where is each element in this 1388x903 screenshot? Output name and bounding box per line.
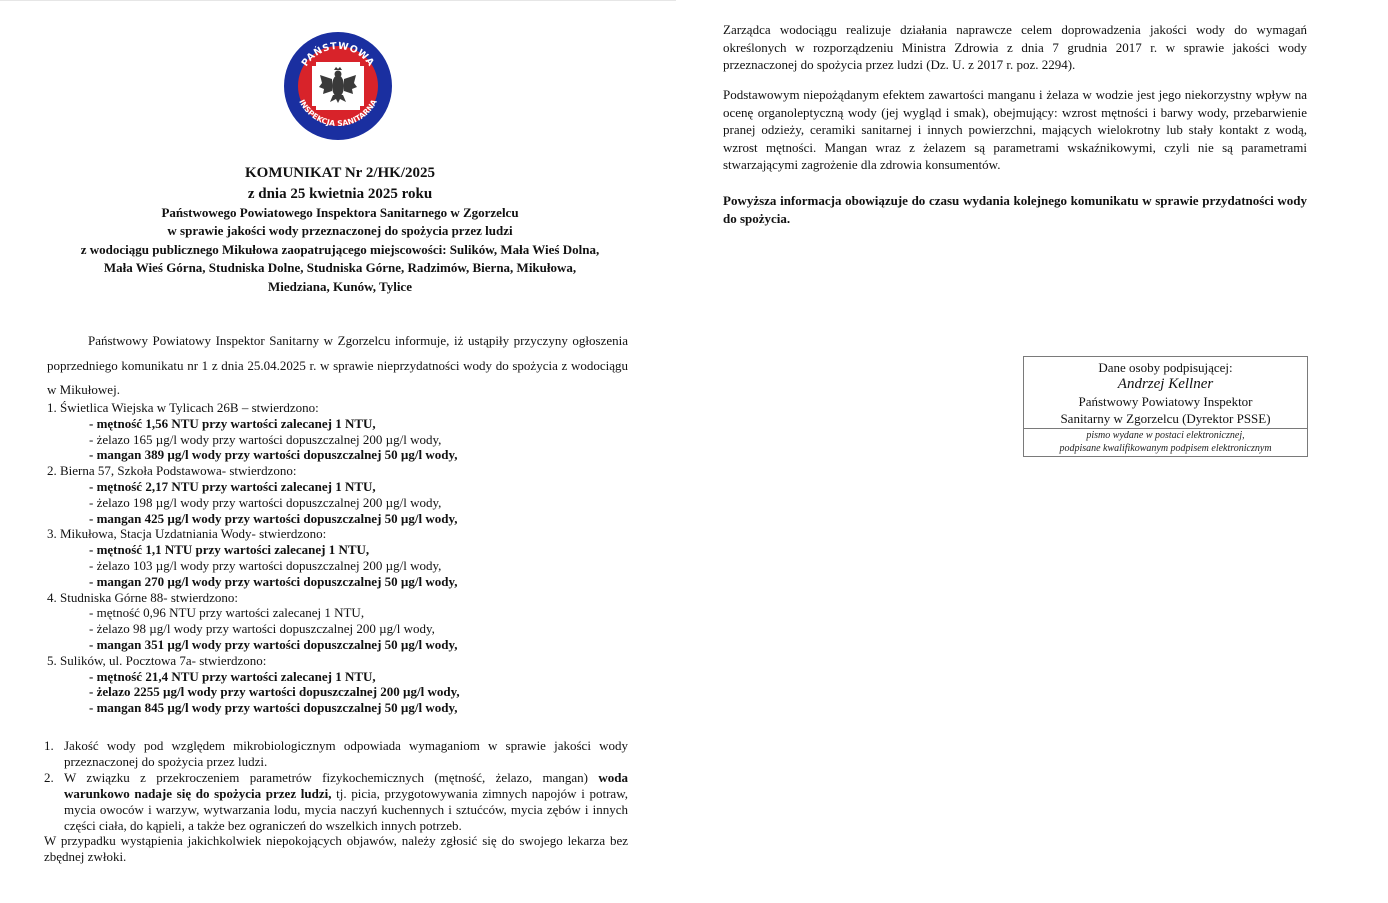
- closing-advice: W przypadku wystąpienia jakichkolwiek ni…: [44, 833, 628, 865]
- sample-measurement: - żelazo 103 µg/l wody przy wartości dop…: [47, 558, 647, 574]
- remediation-paragraph: Zarządca wodociągu realizuje działania n…: [723, 21, 1307, 74]
- sample-measurement: - mangan 351 µg/l wody przy wartości dop…: [47, 637, 647, 653]
- sample-measurement: - żelazo 98 µg/l wody przy wartości dopu…: [47, 621, 647, 637]
- sample-location: 5. Sulików, ul. Pocztowa 7a- stwierdzono…: [47, 653, 647, 669]
- document-issuer: Państwowego Powiatowego Inspektora Sanit…: [40, 204, 640, 222]
- effects-paragraph: Podstawowym niepożądanym efektem zawarto…: [723, 86, 1307, 174]
- sample-measurement: - mętność 2,17 NTU przy wartości zalecan…: [47, 479, 647, 495]
- sample-measurement: - mętność 21,4 NTU przy wartości zalecan…: [47, 669, 647, 685]
- sample-measurement: - żelazo 2255 µg/l wody przy wartości do…: [47, 684, 647, 700]
- sample-measurement: - mętność 0,96 NTU przy wartości zalecan…: [47, 605, 647, 621]
- signer-position: Państwowy Powiatowy Inspektor: [1024, 393, 1307, 410]
- e-signature-note: pismo wydane w postaci elektronicznej,: [1024, 430, 1307, 443]
- sample-measurement: - żelazo 198 µg/l wody przy wartości dop…: [47, 495, 647, 511]
- e-signature-note: podpisane kwalifikowanym podpisem elektr…: [1024, 443, 1307, 456]
- signer-name: Andrzej Kellner: [1024, 376, 1307, 393]
- notes-section: 1. Jakość wody pod względem mikrobiologi…: [44, 738, 628, 865]
- sample-results-list: 1. Świetlica Wiejska w Tylicach 26B – st…: [47, 400, 647, 716]
- sample-location: 2. Bierna 57, Szkoła Podstawowa- stwierd…: [47, 463, 647, 479]
- sample-measurement: - mangan 389 µg/l wody przy wartości dop…: [47, 447, 647, 463]
- note-item: 1. Jakość wody pod względem mikrobiologi…: [44, 738, 628, 770]
- sample-measurement: - mangan 270 µg/l wody przy wartości dop…: [47, 574, 647, 590]
- document-date: z dnia 25 kwietnia 2025 roku: [40, 184, 640, 204]
- signer-position: Sanitarny w Zgorzelcu (Dyrektor PSSE): [1024, 410, 1307, 427]
- validity-paragraph: Powyższa informacja obowiązuje do czasu …: [723, 192, 1307, 227]
- document-scope: Miedziana, Kunów, Tylice: [40, 278, 640, 296]
- sample-measurement: - mangan 845 µg/l wody przy wartości dop…: [47, 700, 647, 716]
- page-left: PAŃSTWOWA INSPEKCJA SANITARNA KOMUNIKAT …: [0, 0, 676, 903]
- sample-measurement: - mętność 1,56 NTU przy wartości zalecan…: [47, 416, 647, 432]
- document-scope: z wodociągu publicznego Mikułowa zaopatr…: [40, 241, 640, 259]
- intro-paragraph: Państwowy Powiatowy Inspektor Sanitarny …: [47, 329, 628, 403]
- note-item: 2. W związku z przekroczeniem parametrów…: [44, 770, 628, 834]
- sample-measurement: - mangan 425 µg/l wody przy wartości dop…: [47, 511, 647, 527]
- document-scope: Mała Wieś Górna, Studniska Dolne, Studni…: [40, 259, 640, 277]
- page-right: Zarządca wodociągu realizuje działania n…: [676, 0, 1388, 903]
- document-subject: w sprawie jakości wody przeznaczonej do …: [40, 222, 640, 240]
- document-title: KOMUNIKAT Nr 2/HK/2025: [40, 163, 640, 183]
- sample-measurement: - żelazo 165 µg/l wody przy wartości dop…: [47, 432, 647, 448]
- sample-location: 3. Mikułowa, Stacja Uzdatniania Wody- st…: [47, 526, 647, 542]
- signature-box: Dane osoby podpisującej: Andrzej Kellner…: [1023, 356, 1308, 457]
- sample-location: 4. Studniska Górne 88- stwierdzono:: [47, 590, 647, 606]
- document-header: KOMUNIKAT Nr 2/HK/2025 z dnia 25 kwietni…: [40, 163, 640, 296]
- panstwowa-inspekcja-sanitarna-logo: PAŃSTWOWA INSPEKCJA SANITARNA: [283, 31, 393, 141]
- sample-measurement: - mętność 1,1 NTU przy wartości zalecane…: [47, 542, 647, 558]
- sample-location: 1. Świetlica Wiejska w Tylicach 26B – st…: [47, 400, 647, 416]
- signer-label: Dane osoby podpisującej:: [1024, 359, 1307, 376]
